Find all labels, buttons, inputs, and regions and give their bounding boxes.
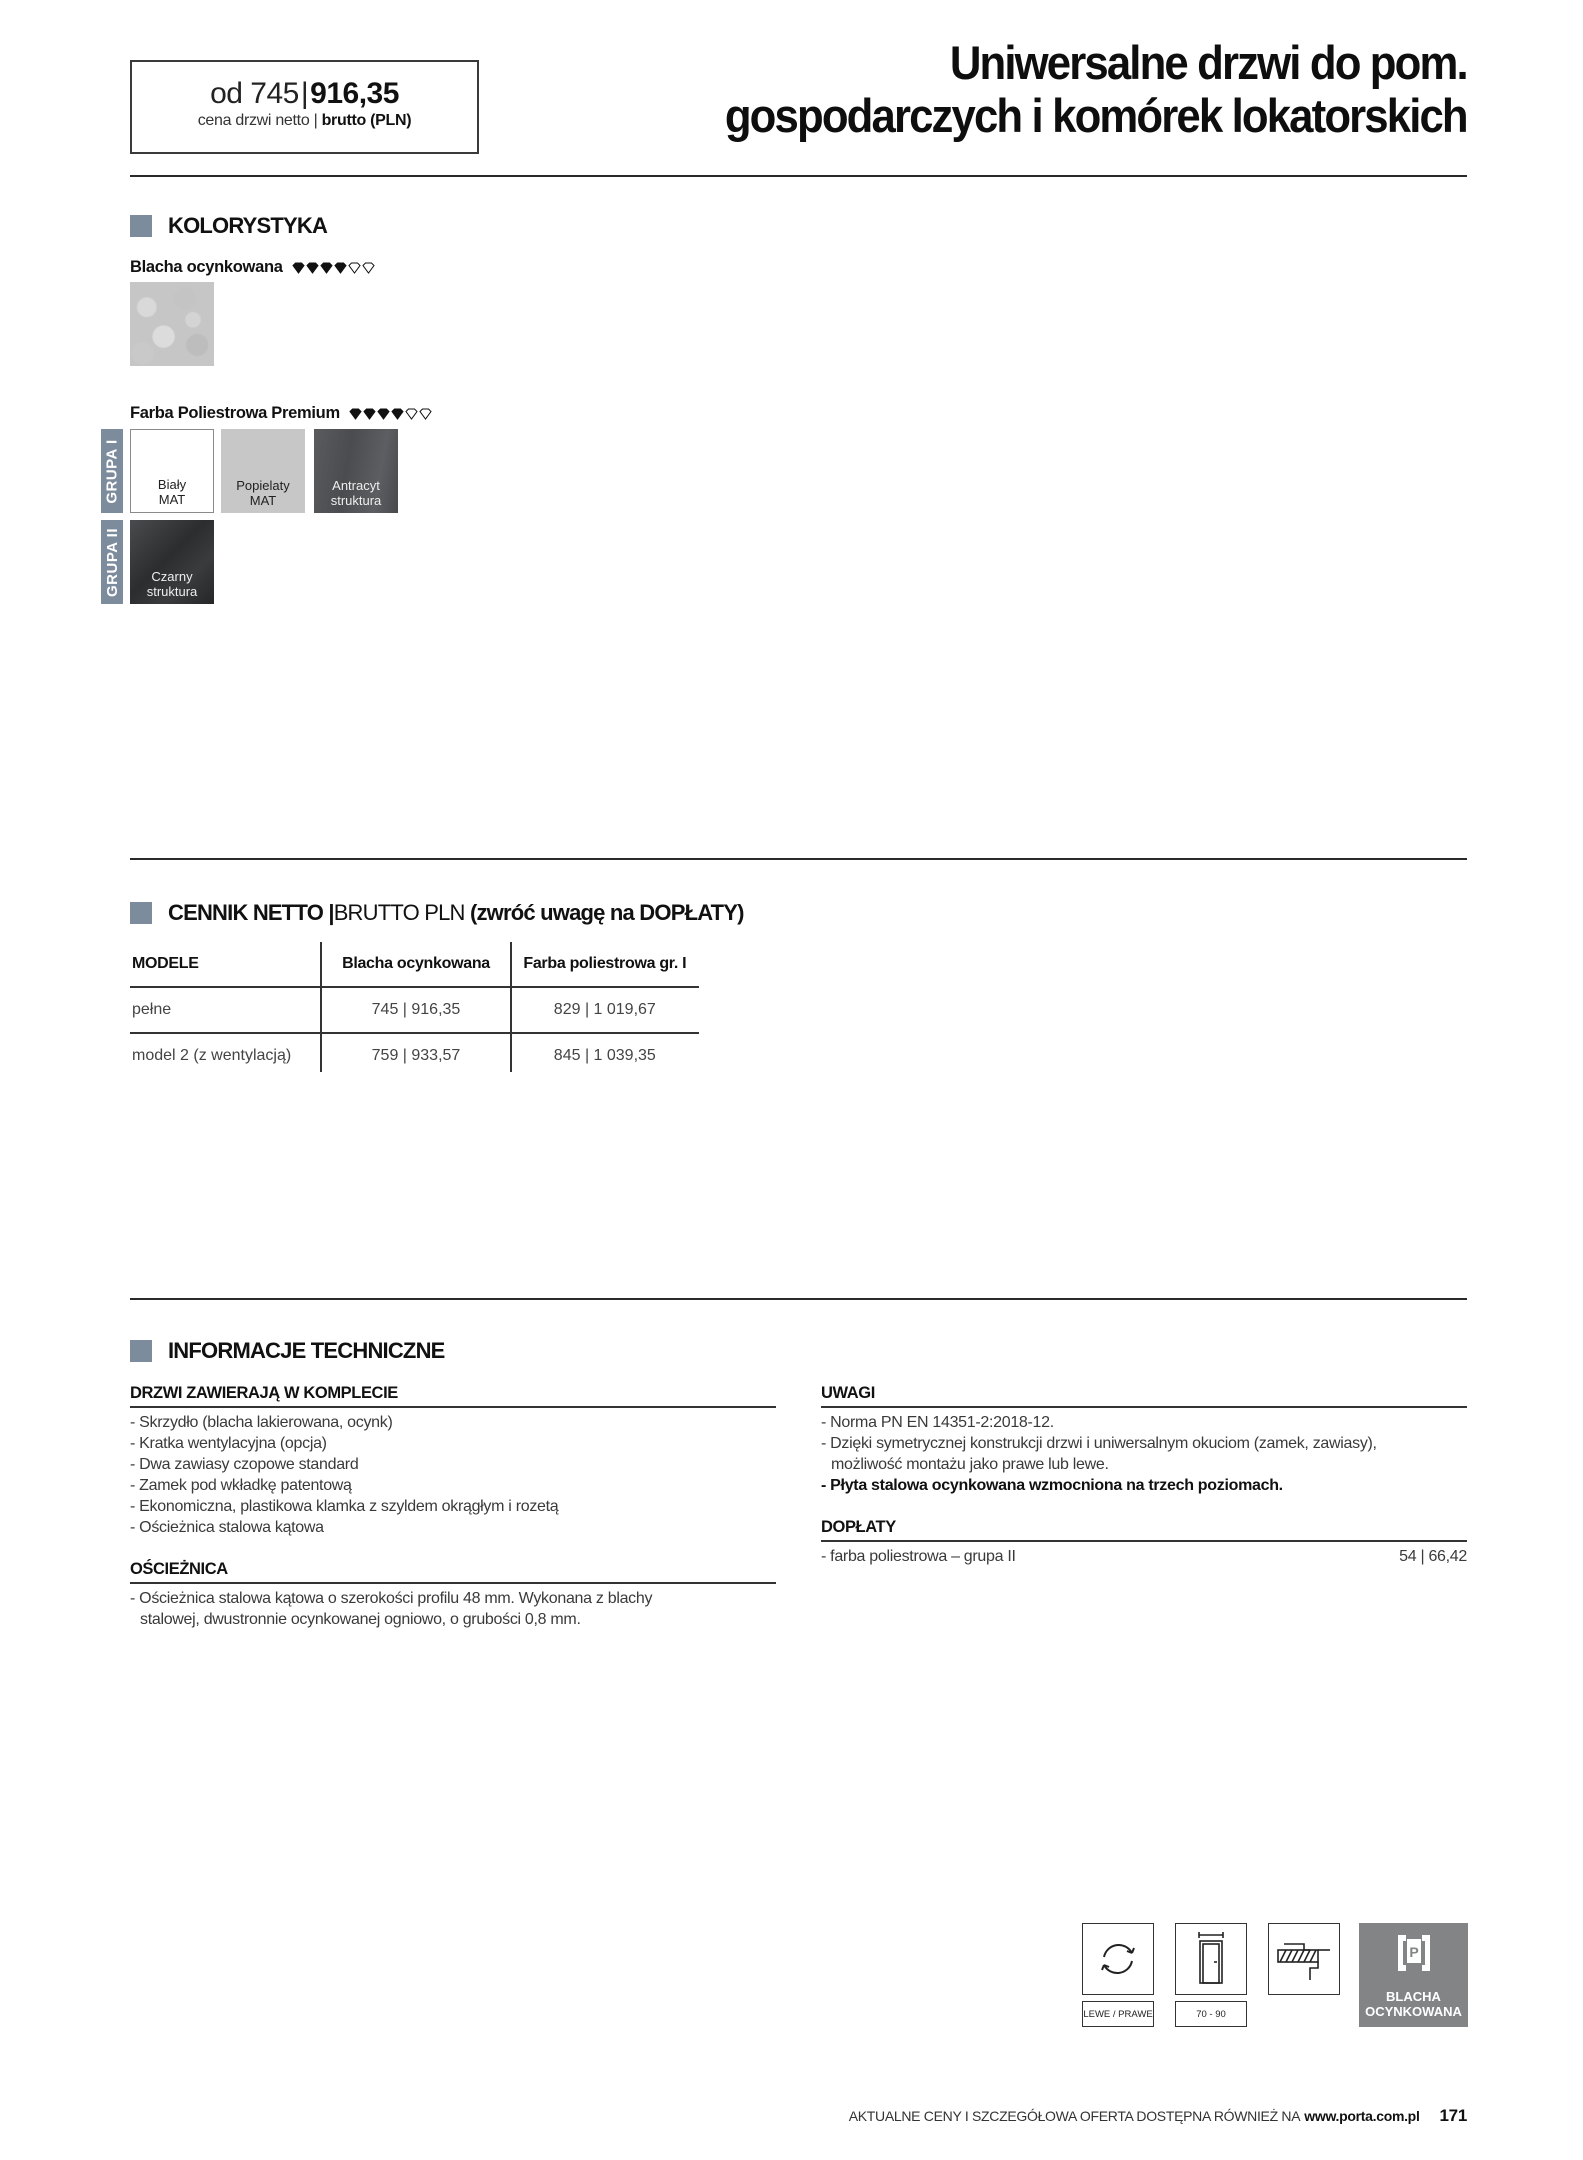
title-line-2: gospodarczych i komórek lokatorskich bbox=[725, 89, 1467, 142]
row-price-polyester: 829 | 1 019,67 bbox=[511, 1001, 699, 1019]
kit-list: - Skrzydło (blacha lakierowana, ocynk) -… bbox=[130, 1412, 776, 1538]
price-prefix: od bbox=[210, 77, 242, 110]
diamond-empty-icon bbox=[348, 262, 361, 274]
footer-text: AKTUALNE CENY I SZCZEGÓŁOWA OFERTA DOSTĘ… bbox=[849, 2108, 1301, 2124]
galvanized-label-text: Blacha ocynkowana bbox=[130, 258, 283, 277]
price-box: od 745|916,35 cena drzwi netto | brutto … bbox=[130, 60, 479, 154]
table-header: MODELE Blacha ocynkowana Farba poliestro… bbox=[130, 942, 699, 986]
diamond-filled-icon bbox=[391, 408, 404, 420]
price-caption: cena drzwi netto | brutto (PLN) bbox=[132, 112, 477, 130]
list-item: - Dwa zawiasy czopowe standard bbox=[130, 1454, 776, 1475]
diamond-filled-icon bbox=[306, 262, 319, 274]
price-table: MODELE Blacha ocynkowana Farba poliestro… bbox=[130, 942, 699, 1078]
swatch-white-mat: Biały MAT bbox=[130, 429, 214, 513]
porta-logo-icon: P bbox=[1396, 1933, 1432, 1973]
row-price-galvanized: 759 | 933,57 bbox=[321, 1047, 510, 1065]
page-number: 171 bbox=[1440, 2106, 1467, 2126]
angle-frame-profile-icon bbox=[1268, 1923, 1340, 1995]
diamond-filled-icon bbox=[320, 262, 333, 274]
row-price-galvanized: 745 | 916,35 bbox=[321, 1001, 510, 1019]
door-width-caption: 70 - 90 bbox=[1175, 2001, 1247, 2027]
list-item: - Ekonomiczna, plastikowa klamka z szyld… bbox=[130, 1496, 776, 1517]
svg-text:P: P bbox=[1409, 1944, 1418, 1960]
diamond-empty-icon bbox=[362, 262, 375, 274]
section-marker-icon bbox=[130, 215, 152, 237]
caption-net: cena drzwi netto bbox=[198, 112, 310, 129]
reversible-arrows-icon bbox=[1082, 1923, 1154, 1995]
polyester-rating bbox=[349, 408, 432, 420]
surcharge-value: 54 | 66,42 bbox=[1399, 1546, 1467, 1567]
title-line-1: Uniwersalne drzwi do pom. bbox=[725, 36, 1467, 89]
diamond-filled-icon bbox=[334, 262, 347, 274]
list-item: - Norma PN EN 14351-2:2018-12. bbox=[821, 1412, 1421, 1433]
section-marker-icon bbox=[130, 1340, 152, 1362]
surcharge-label: - farba poliestrowa – grupa II bbox=[821, 1546, 1016, 1567]
surcharges-heading: DOPŁATY bbox=[821, 1518, 1467, 1542]
swatch-black-structure: Czarny struktura bbox=[130, 520, 214, 604]
gross-price: 916,35 bbox=[310, 77, 399, 110]
frame-heading: OŚCIEŻNICA bbox=[130, 1560, 776, 1584]
door-width-icon bbox=[1175, 1923, 1247, 1995]
swatch-grey-mat: Popielaty MAT bbox=[221, 429, 305, 513]
notes-heading: UWAGI bbox=[821, 1384, 1467, 1408]
colors-heading-text: KOLORYSTYKA bbox=[168, 213, 327, 239]
row-model: pełne bbox=[130, 1001, 321, 1019]
price-list-heading: CENNIK NETTO |BRUTTO PLN (zwróć uwagę na… bbox=[130, 900, 744, 926]
reversible-caption: LEWE / PRAWE bbox=[1082, 2001, 1154, 2027]
group-1-label: GRUPA I bbox=[101, 429, 123, 513]
badge-text: BLACHA OCYNKOWANA bbox=[1359, 1989, 1468, 2019]
colors-heading: KOLORYSTYKA bbox=[130, 213, 327, 239]
frame-list: - Ościeżnica stalowa kątowa o szerokości… bbox=[130, 1588, 690, 1630]
galvanized-badge: P BLACHA OCYNKOWANA bbox=[1359, 1923, 1468, 2027]
swatch-anthracite-structure: Antracyt struktura bbox=[314, 429, 398, 513]
galvanized-label: Blacha ocynkowana bbox=[130, 258, 375, 277]
divider bbox=[130, 175, 1467, 177]
galvanized-rating bbox=[292, 262, 375, 274]
surcharge-row: - farba poliestrowa – grupa II 54 | 66,4… bbox=[821, 1546, 1467, 1567]
page-title: Uniwersalne drzwi do pom. gospodarczych … bbox=[725, 36, 1467, 142]
net-price: 745 bbox=[250, 77, 299, 110]
galvanized-steel-swatch bbox=[130, 282, 214, 366]
col-header-galvanized: Blacha ocynkowana bbox=[321, 955, 510, 973]
tech-left-column: DRZWI ZAWIERAJĄ W KOMPLECIE - Skrzydło (… bbox=[130, 1384, 776, 1630]
list-item: - Ościeżnica stalowa kątowa bbox=[130, 1517, 776, 1538]
list-item: - Dzięki symetrycznej konstrukcji drzwi … bbox=[821, 1433, 1421, 1475]
kit-heading: DRZWI ZAWIERAJĄ W KOMPLECIE bbox=[130, 1384, 776, 1408]
caption-gross: brutto (PLN) bbox=[322, 112, 412, 129]
diamond-filled-icon bbox=[349, 408, 362, 420]
list-item-bold: - Płyta stalowa ocynkowana wzmocniona na… bbox=[821, 1475, 1421, 1496]
section-marker-icon bbox=[130, 902, 152, 924]
price-list-heading-text: CENNIK NETTO |BRUTTO PLN (zwróć uwagę na… bbox=[168, 900, 744, 926]
footer-url-link[interactable]: www.porta.com.pl bbox=[1304, 2108, 1419, 2124]
list-item: - Ościeżnica stalowa kątowa o szerokości… bbox=[130, 1588, 690, 1630]
list-item: - Skrzydło (blacha lakierowana, ocynk) bbox=[130, 1412, 776, 1433]
list-item: - Kratka wentylacyjna (opcja) bbox=[130, 1433, 776, 1454]
col-header-polyester: Farba poliestrowa gr. I bbox=[511, 955, 699, 973]
polyester-label: Farba Poliestrowa Premium bbox=[130, 404, 432, 423]
tech-heading-text: INFORMACJE TECHNICZNE bbox=[168, 1338, 445, 1364]
polyester-label-text: Farba Poliestrowa Premium bbox=[130, 404, 340, 423]
diamond-empty-icon bbox=[419, 408, 432, 420]
divider bbox=[130, 1298, 1467, 1300]
diamond-filled-icon bbox=[292, 262, 305, 274]
notes-list: - Norma PN EN 14351-2:2018-12. - Dzięki … bbox=[821, 1412, 1421, 1496]
tech-heading: INFORMACJE TECHNICZNE bbox=[130, 1338, 445, 1364]
group-2-label: GRUPA II bbox=[101, 520, 123, 604]
footer: AKTUALNE CENY I SZCZEGÓŁOWA OFERTA DOSTĘ… bbox=[849, 2106, 1467, 2126]
list-item: - Zamek pod wkładkę patentową bbox=[130, 1475, 776, 1496]
table-row: model 2 (z wentylacją) 759 | 933,57 845 … bbox=[130, 1034, 699, 1078]
price-separator: | bbox=[301, 77, 308, 110]
tech-right-column: UWAGI - Norma PN EN 14351-2:2018-12. - D… bbox=[821, 1384, 1467, 1567]
row-price-polyester: 845 | 1 039,35 bbox=[511, 1047, 699, 1065]
diamond-filled-icon bbox=[377, 408, 390, 420]
table-row: pełne 745 | 916,35 829 | 1 019,67 bbox=[130, 988, 699, 1032]
row-model: model 2 (z wentylacją) bbox=[130, 1047, 321, 1065]
diamond-empty-icon bbox=[405, 408, 418, 420]
price-main: od 745|916,35 bbox=[132, 77, 477, 111]
divider bbox=[130, 858, 1467, 860]
diamond-filled-icon bbox=[363, 408, 376, 420]
col-header-models: MODELE bbox=[130, 955, 321, 973]
